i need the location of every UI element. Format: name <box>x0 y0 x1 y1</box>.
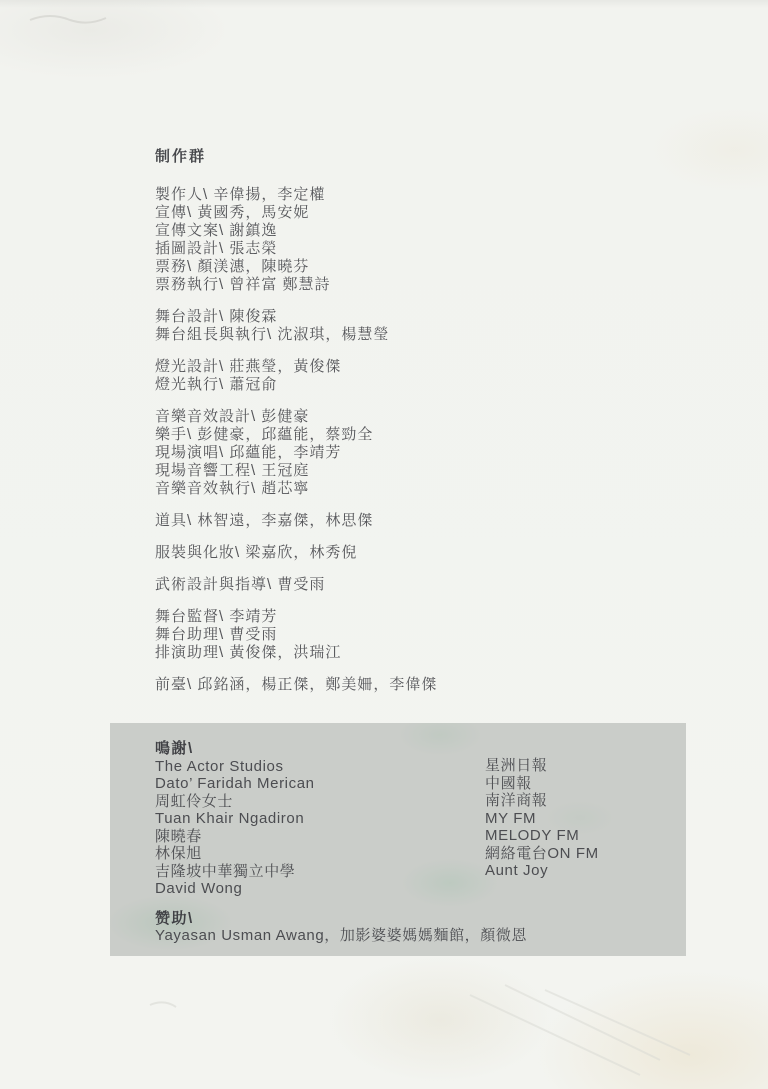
credit-line: 燈光執行\ 蕭冠俞 <box>155 376 675 394</box>
acknowledgement-right-column: 星洲日報中國報南洋商報MY FMMELODY FM網絡電台ON FMAunt J… <box>485 757 599 898</box>
credit-line: 排演助理\ 黃俊傑，洪瑞江 <box>155 644 675 662</box>
credit-line: 武術設計與指導\ 曹受雨 <box>155 576 675 594</box>
credit-line: 音樂音效執行\ 趙芯寧 <box>155 480 675 498</box>
acknowledgement-line: Tuan Khair Ngadiron <box>155 810 485 828</box>
credit-line: 舞台助理\ 曹受雨 <box>155 626 675 644</box>
credit-line: 前臺\ 邱銘涵，楊正傑，鄭美姍，李偉傑 <box>155 676 675 694</box>
scanned-page: 制作群 製作人\ 辛偉揚，李定權宣傳\ 黃國秀，馬安妮宣傳文案\ 謝鎮逸插圖設計… <box>0 0 768 1089</box>
credit-line: 製作人\ 辛偉揚，李定權 <box>155 186 675 204</box>
credit-block: 舞台監督\ 李靖芳舞台助理\ 曹受雨排演助理\ 黃俊傑，洪瑞江 <box>155 608 675 662</box>
sponsor-section: 赞助\ Yayasan Usman Awang，加影婆婆媽媽麵館，顏微恩 <box>155 910 686 945</box>
acknowledgement-line: MELODY FM <box>485 827 599 845</box>
credit-line: 現場音響工程\ 王冠庭 <box>155 462 675 480</box>
acknowledgements-box: 鳴謝\ The Actor StudiosDato’ Faridah Meric… <box>110 723 686 956</box>
credits-section: 制作群 製作人\ 辛偉揚，李定權宣傳\ 黃國秀，馬安妮宣傳文案\ 謝鎮逸插圖設計… <box>155 148 675 708</box>
credit-line: 票務執行\ 曾祥富 鄭慧詩 <box>155 276 675 294</box>
credit-line: 服裝與化妝\ 梁嘉欣，林秀倪 <box>155 544 675 562</box>
credit-block: 製作人\ 辛偉揚，李定權宣傳\ 黃國秀，馬安妮宣傳文案\ 謝鎮逸插圖設計\ 張志… <box>155 186 675 294</box>
credit-line: 宣傳\ 黃國秀，馬安妮 <box>155 204 675 222</box>
credit-block: 舞台設計\ 陳俊霖舞台組長與執行\ 沈淑琪，楊慧瑩 <box>155 308 675 344</box>
acknowledgement-columns: 鳴謝\ The Actor StudiosDato’ Faridah Meric… <box>155 740 686 898</box>
acknowledgement-line: 中國報 <box>485 775 599 793</box>
credits-blocks: 製作人\ 辛偉揚，李定權宣傳\ 黃國秀，馬安妮宣傳文案\ 謝鎮逸插圖設計\ 張志… <box>155 186 675 694</box>
credit-line: 舞台設計\ 陳俊霖 <box>155 308 675 326</box>
acknowledgement-line: 吉隆坡中華獨立中學 <box>155 863 485 881</box>
credit-line: 燈光設計\ 莊燕瑩，黃俊傑 <box>155 358 675 376</box>
credit-block: 道具\ 林智遠，李嘉傑，林思傑 <box>155 512 675 530</box>
acknowledgement-left-list: The Actor StudiosDato’ Faridah Merican周虹… <box>155 758 485 898</box>
sponsor-label: 赞助\ <box>155 910 686 928</box>
acknowledgement-line: Dato’ Faridah Merican <box>155 775 485 793</box>
acknowledgement-line: Aunt Joy <box>485 862 599 880</box>
acknowledgement-line: 星洲日報 <box>485 757 599 775</box>
acknowledgement-line: 南洋商報 <box>485 792 599 810</box>
credit-line: 道具\ 林智遠，李嘉傑，林思傑 <box>155 512 675 530</box>
acknowledgement-line: MY FM <box>485 810 599 828</box>
acknowledgement-line: David Wong <box>155 880 485 898</box>
acknowledgement-line: 陳曉春 <box>155 828 485 846</box>
acknowledgement-left-column: 鳴謝\ The Actor StudiosDato’ Faridah Meric… <box>155 740 485 898</box>
credit-line: 舞台組長與執行\ 沈淑琪，楊慧瑩 <box>155 326 675 344</box>
credits-title: 制作群 <box>155 148 675 166</box>
acknowledgements-label: 鳴謝\ <box>155 740 485 758</box>
acknowledgement-line: 林保旭 <box>155 845 485 863</box>
credit-block: 武術設計與指導\ 曹受雨 <box>155 576 675 594</box>
credit-line: 樂手\ 彭健豪，邱蘊能，蔡勁全 <box>155 426 675 444</box>
acknowledgement-right-list: 星洲日報中國報南洋商報MY FMMELODY FM網絡電台ON FMAunt J… <box>485 757 599 880</box>
credit-line: 舞台監督\ 李靖芳 <box>155 608 675 626</box>
credit-block: 音樂音效設計\ 彭健豪樂手\ 彭健豪，邱蘊能，蔡勁全現場演唱\ 邱蘊能，李靖芳現… <box>155 408 675 498</box>
credit-line: 票務\ 顏渼潓，陳曉芬 <box>155 258 675 276</box>
acknowledgement-line: 周虹伶女士 <box>155 793 485 811</box>
credit-block: 燈光設計\ 莊燕瑩，黃俊傑燈光執行\ 蕭冠俞 <box>155 358 675 394</box>
credit-line: 插圖設計\ 張志榮 <box>155 240 675 258</box>
acknowledgement-line: 網絡電台ON FM <box>485 845 599 863</box>
credit-block: 服裝與化妝\ 梁嘉欣，林秀倪 <box>155 544 675 562</box>
credit-line: 音樂音效設計\ 彭健豪 <box>155 408 675 426</box>
credit-line: 宣傳文案\ 謝鎮逸 <box>155 222 675 240</box>
sponsor-line: Yayasan Usman Awang，加影婆婆媽媽麵館，顏微恩 <box>155 927 686 945</box>
credit-line: 現場演唱\ 邱蘊能，李靖芳 <box>155 444 675 462</box>
credit-block: 前臺\ 邱銘涵，楊正傑，鄭美姍，李偉傑 <box>155 676 675 694</box>
acknowledgement-line: The Actor Studios <box>155 758 485 776</box>
